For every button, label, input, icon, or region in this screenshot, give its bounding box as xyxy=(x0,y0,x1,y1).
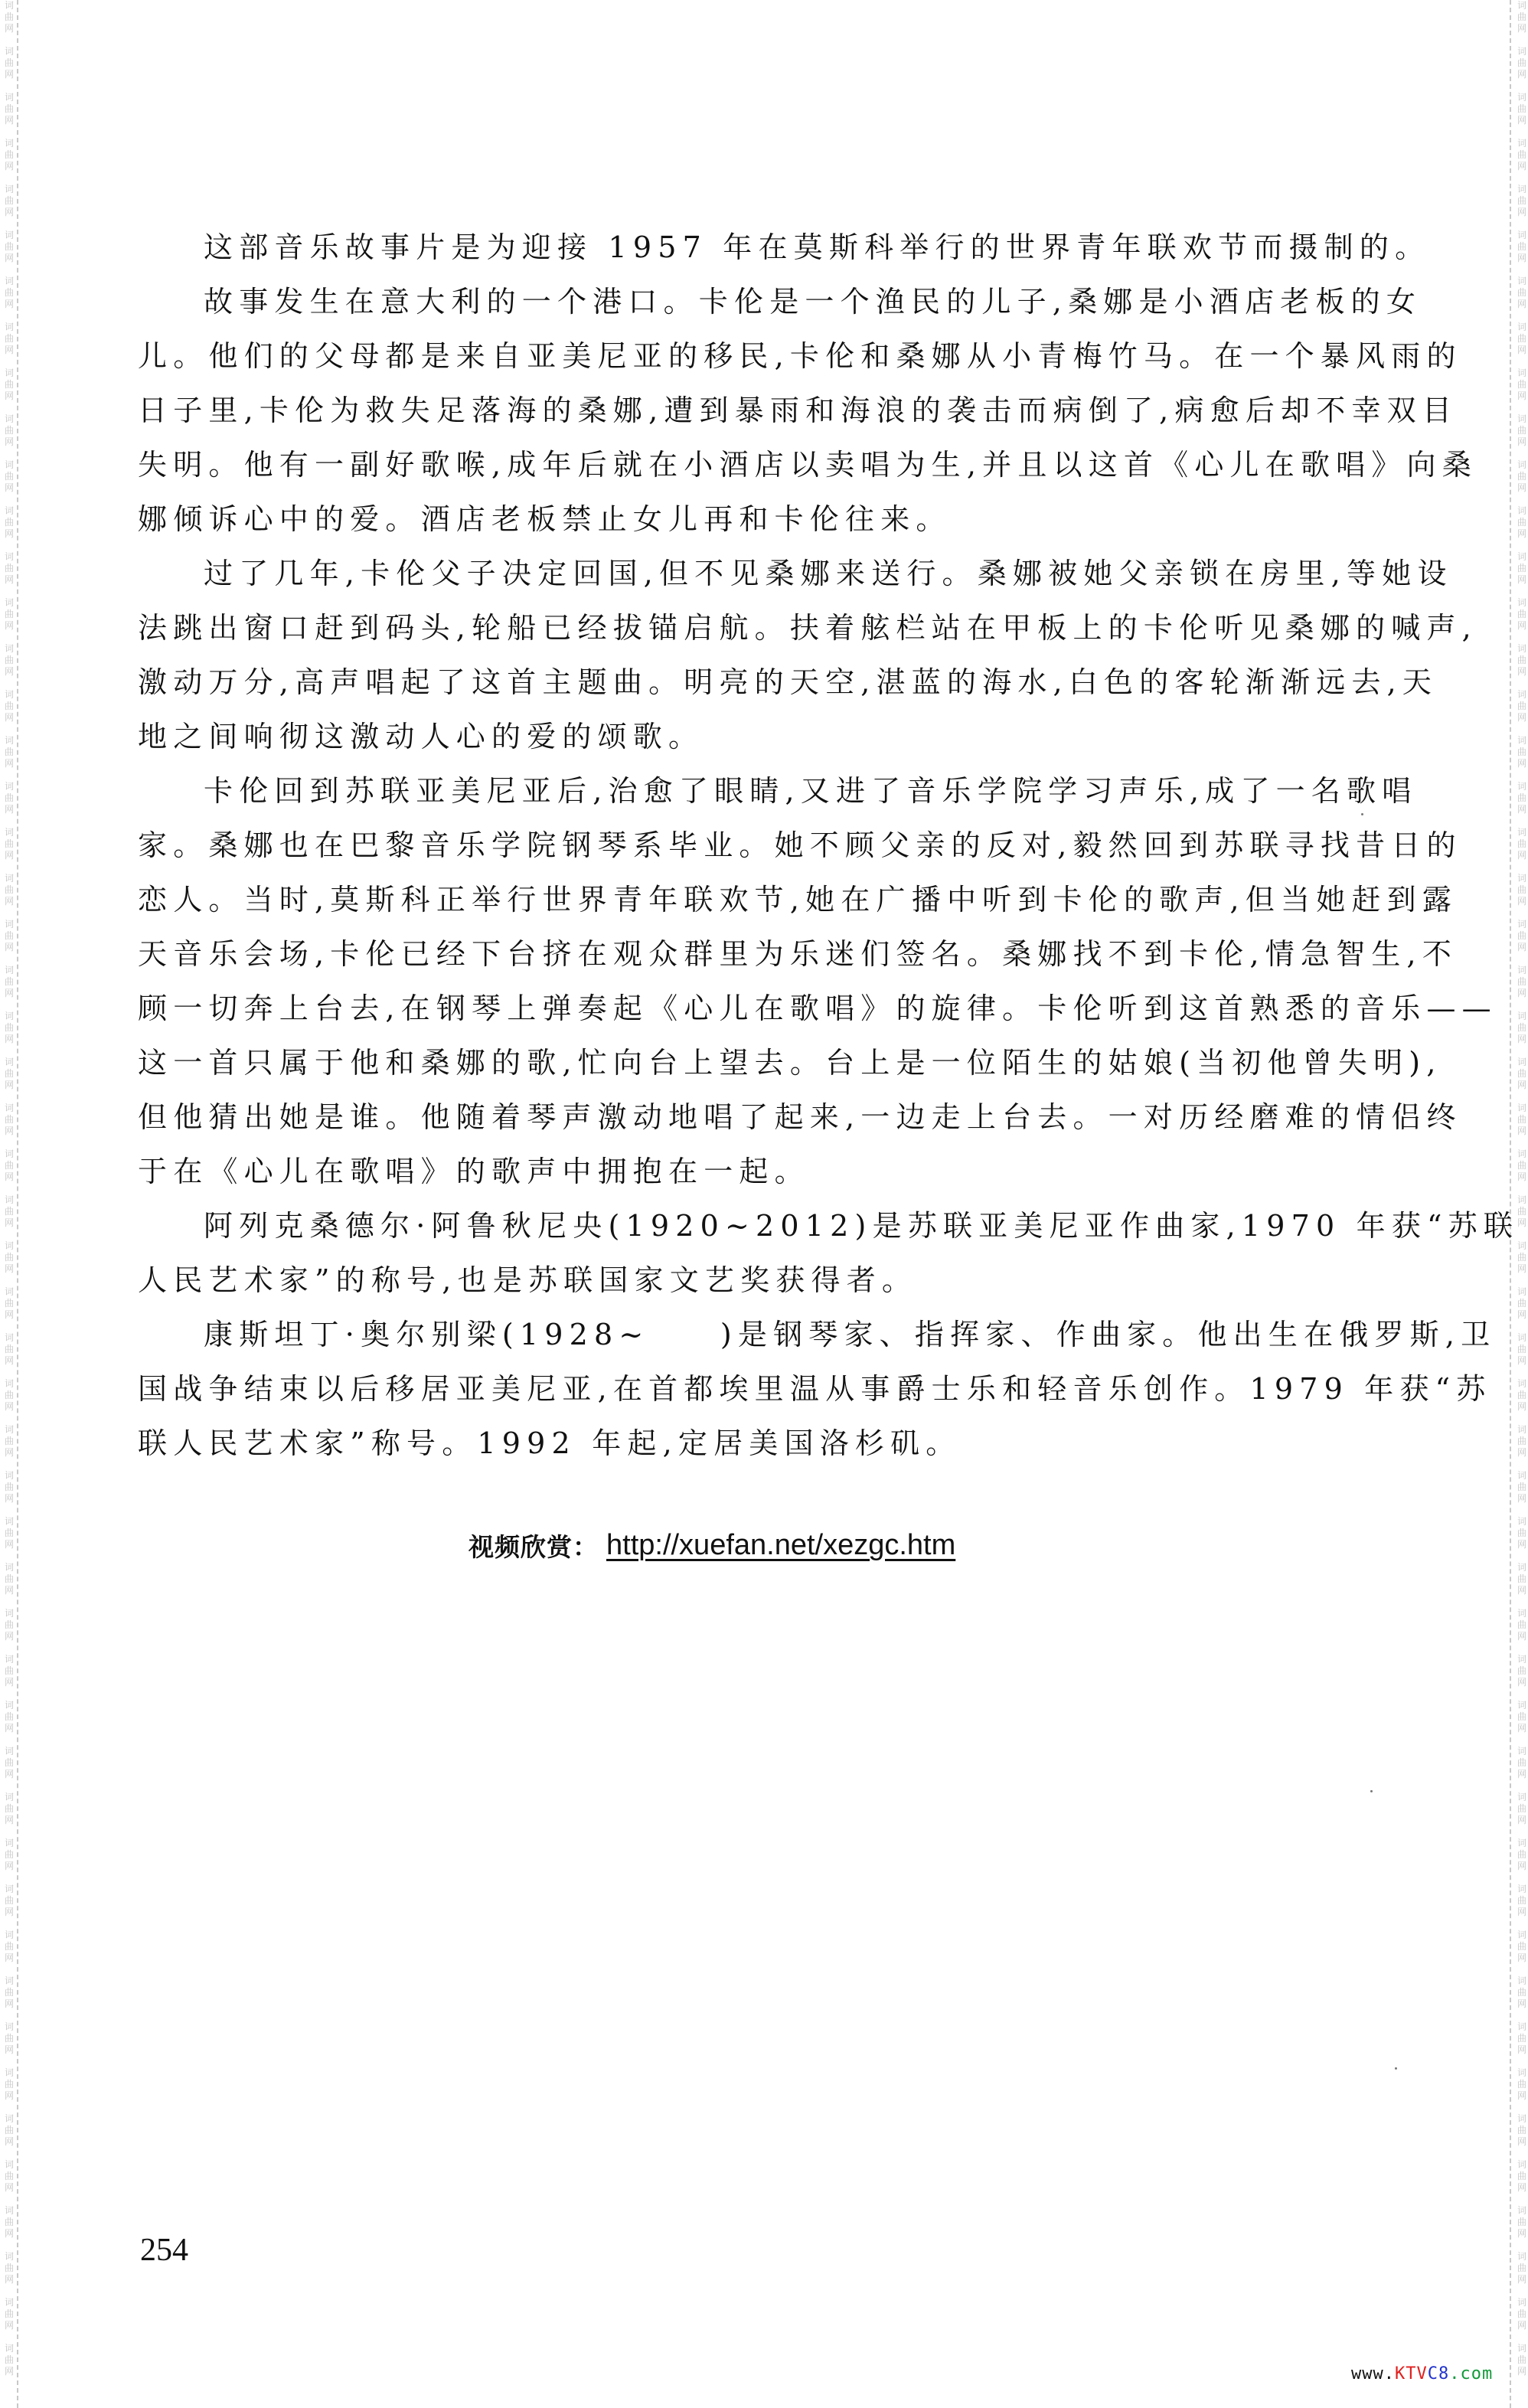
watermark-glyphs: 词 曲 网 xyxy=(1514,965,1528,1011)
watermark-glyphs: 词 曲 网 xyxy=(1514,1103,1528,1148)
watermark-glyphs: 词 曲 网 xyxy=(2,1103,17,1148)
page-number: 254 xyxy=(140,2232,188,2269)
watermark-glyphs: 词 曲 网 xyxy=(2,138,17,184)
watermark-glyphs: 词 曲 网 xyxy=(2,1746,17,1792)
watermark-glyphs: 词 曲 网 xyxy=(2,781,17,827)
body-line: 国战争结束以后移居亚美尼亚,在首都埃里温从事爵士乐和轻音乐创作。1979 年获“… xyxy=(138,1371,1351,1426)
watermark-glyphs: 词 曲 网 xyxy=(2,230,17,276)
watermark-glyphs: 词 曲 网 xyxy=(1514,230,1528,276)
watermark-glyphs: 词 曲 网 xyxy=(1514,919,1528,965)
watermark-glyphs: 词 曲 网 xyxy=(1514,1562,1528,1608)
watermark-glyphs: 词 曲 网 xyxy=(2,1975,17,2021)
body-line: 恋人。当时,莫斯科正举行世界青年联欢节,她在广播中听到卡伦的歌声,但当她赶到露 xyxy=(138,882,1351,936)
body-line: 激动万分,高声唱起了这首主题曲。明亮的天空,湛蓝的海水,白色的客轮渐渐远去,天 xyxy=(138,665,1351,719)
watermark-glyphs: 词 曲 网 xyxy=(1514,1838,1528,1884)
watermark-glyphs: 词 曲 网 xyxy=(2,184,17,230)
watermark-glyphs: 词 曲 网 xyxy=(2,1011,17,1057)
body-line: 儿。他们的父母都是来自亚美尼亚的移民,卡伦和桑娜从小青梅竹马。在一个暴风雨的 xyxy=(138,338,1351,393)
watermark-glyphs: 词 曲 网 xyxy=(1514,781,1528,827)
watermark-glyphs: 词 曲 网 xyxy=(1514,459,1528,505)
body-line: 过了几年,卡伦父子决定回国,但不见桑娜来送行。桑娜被她父亲锁在房里,等她设 xyxy=(138,556,1351,610)
watermark-glyphs: 词 曲 网 xyxy=(2,1838,17,1884)
body-line: 顾一切奔上台去,在钢琴上弹奏起《心儿在歌唱》的旋律。卡伦听到这首熟悉的音乐—— xyxy=(138,991,1351,1045)
watermark-glyphs: 词 曲 网 xyxy=(1514,873,1528,919)
watermark-glyphs: 词 曲 网 xyxy=(1514,1608,1528,1654)
watermark-glyphs: 词 曲 网 xyxy=(1514,1057,1528,1103)
watermark-glyphs: 词 曲 网 xyxy=(1514,1884,1528,1929)
watermark-glyphs: 词 曲 网 xyxy=(2,1057,17,1103)
watermark-glyphs: 词 曲 网 xyxy=(1514,46,1528,92)
watermark-glyphs: 词 曲 网 xyxy=(2,2297,17,2343)
watermark-glyphs: 词 曲 网 xyxy=(1514,2205,1528,2251)
watermark-glyphs: 词 曲 网 xyxy=(1514,276,1528,322)
watermark-glyphs: 词 曲 网 xyxy=(2,1286,17,1332)
body-line: 法跳出窗口赶到码头,轮船已经拔锚启航。扶着舷栏站在甲板上的卡伦听见桑娜的喊声, xyxy=(138,610,1351,665)
watermark-glyphs: 词 曲 网 xyxy=(2,1240,17,1286)
watermark-glyphs: 词 曲 网 xyxy=(1514,1011,1528,1057)
watermark-glyphs: 词 曲 网 xyxy=(2,1378,17,1424)
watermark-glyphs: 词 曲 网 xyxy=(1514,1746,1528,1792)
watermark-glyphs: 词 曲 网 xyxy=(2,322,17,368)
watermark-glyphs: 词 曲 网 xyxy=(1514,551,1528,597)
watermark-glyphs: 词 曲 网 xyxy=(1514,1654,1528,1700)
watermark-glyphs: 词 曲 网 xyxy=(2,459,17,505)
body-line: 卡伦回到苏联亚美尼亚后,治愈了眼睛,又进了音乐学院学习声乐,成了一名歌唱 xyxy=(138,773,1351,828)
watermark-glyphs: 词 曲 网 xyxy=(2,2251,17,2297)
watermark-glyphs: 词 曲 网 xyxy=(2,1470,17,1516)
body-line: 这一首只属于他和桑娜的歌,忙向台上望去。台上是一位陌生的姑娘(当初他曾失明), xyxy=(138,1045,1351,1099)
watermark-glyphs: 词 曲 网 xyxy=(1514,368,1528,413)
body-line: 人民艺术家”的称号,也是苏联国家文艺奖获得者。 xyxy=(138,1263,1351,1317)
watermark-glyphs: 词 曲 网 xyxy=(2,965,17,1011)
body-line: 但他猜出她是谁。他随着琴声激动地唱了起来,一边走上台去。一对历经磨难的情侣终 xyxy=(138,1099,1351,1154)
right-watermark-strip: 词 曲 网词 曲 网词 曲 网词 曲 网词 曲 网词 曲 网词 曲 网词 曲 网… xyxy=(1510,0,1528,2408)
watermark-glyphs: 词 曲 网 xyxy=(1514,2113,1528,2159)
article-body: 这部音乐故事片是为迎接 1957 年在莫斯科举行的世界青年联欢节而摄制的。 故事… xyxy=(138,230,1351,1480)
watermark-glyphs: 词 曲 网 xyxy=(2,1148,17,1194)
watermark-glyphs: 词 曲 网 xyxy=(1514,1929,1528,1975)
video-link-row: 视频欣赏：http://xuefan.net/xezgc.htm xyxy=(469,1527,955,1566)
watermark-glyphs: 词 曲 网 xyxy=(2,368,17,413)
watermark-glyphs: 词 曲 网 xyxy=(1514,643,1528,689)
body-line: 联人民艺术家”称号。1992 年起,定居美国洛杉矶。 xyxy=(138,1426,1351,1480)
watermark-glyphs: 词 曲 网 xyxy=(2,643,17,689)
watermark-glyphs: 词 曲 网 xyxy=(1514,2343,1528,2389)
watermark-glyphs: 词 曲 网 xyxy=(1514,735,1528,781)
watermark-glyphs: 词 曲 网 xyxy=(1514,184,1528,230)
body-line: 阿列克桑德尔·阿鲁秋尼央(1920~2012)是苏联亚美尼亚作曲家,1970 年… xyxy=(138,1208,1351,1263)
watermark-glyphs: 词 曲 网 xyxy=(2,1792,17,1838)
body-line: 日子里,卡伦为救失足落海的桑娜,遭到暴雨和海浪的袭击而病倒了,病愈后却不幸双目 xyxy=(138,393,1351,447)
watermark-c8: C8 xyxy=(1428,2364,1450,2383)
watermark-glyphs: 词 曲 网 xyxy=(1514,1286,1528,1332)
body-line: 于在《心儿在歌唱》的歌声中拥抱在一起。 xyxy=(138,1154,1351,1208)
watermark-glyphs: 词 曲 网 xyxy=(2,2067,17,2113)
watermark-glyphs: 词 曲 网 xyxy=(1514,1792,1528,1838)
watermark-glyphs: 词 曲 网 xyxy=(2,873,17,919)
watermark-glyphs: 词 曲 网 xyxy=(2,2343,17,2389)
watermark-glyphs: 词 曲 网 xyxy=(2,2205,17,2251)
watermark-glyphs: 词 曲 网 xyxy=(2,919,17,965)
watermark-glyphs: 词 曲 网 xyxy=(2,1516,17,1562)
watermark-glyphs: 词 曲 网 xyxy=(1514,1975,1528,2021)
watermark-glyphs: 词 曲 网 xyxy=(2,551,17,597)
watermark-glyphs: 词 曲 网 xyxy=(2,1194,17,1240)
watermark-glyphs: 词 曲 网 xyxy=(1514,322,1528,368)
watermark-glyphs: 词 曲 网 xyxy=(1514,597,1528,643)
body-line: 家。桑娜也在巴黎音乐学院钢琴系毕业。她不顾父亲的反对,毅然回到苏联寻找昔日的 xyxy=(138,828,1351,882)
video-label: 视频欣赏： xyxy=(469,1532,599,1562)
scan-speck xyxy=(1361,813,1363,815)
watermark-glyphs: 词 曲 网 xyxy=(2,276,17,322)
watermark-glyphs: 词 曲 网 xyxy=(2,1654,17,1700)
watermark-glyphs: 词 曲 网 xyxy=(2,1700,17,1746)
watermark-glyphs: 词 曲 网 xyxy=(2,1424,17,1470)
watermark-glyphs: 词 曲 网 xyxy=(2,1562,17,1608)
watermark-glyphs: 词 曲 网 xyxy=(1514,413,1528,459)
watermark-glyphs: 词 曲 网 xyxy=(1514,92,1528,138)
left-watermark-strip: 词 曲 网词 曲 网词 曲 网词 曲 网词 曲 网词 曲 网词 曲 网词 曲 网… xyxy=(0,0,18,2408)
body-line: 失明。他有一副好歌喉,成年后就在小酒店以卖唱为生,并且以这首《心儿在歌唱》向桑 xyxy=(138,447,1351,502)
watermark-glyphs: 词 曲 网 xyxy=(1514,1378,1528,1424)
body-line: 这部音乐故事片是为迎接 1957 年在莫斯科举行的世界青年联欢节而摄制的。 xyxy=(138,230,1351,284)
watermark-glyphs: 词 曲 网 xyxy=(1514,1700,1528,1746)
watermark-glyphs: 词 曲 网 xyxy=(2,0,17,46)
watermark-glyphs: 词 曲 网 xyxy=(1514,1516,1528,1562)
watermark-ktv: KTV xyxy=(1395,2364,1428,2383)
body-line: 地之间响彻这激动人心的爱的颂歌。 xyxy=(138,719,1351,773)
watermark-glyphs: 词 曲 网 xyxy=(2,46,17,92)
watermark-glyphs: 词 曲 网 xyxy=(1514,1332,1528,1378)
watermark-glyphs: 词 曲 网 xyxy=(1514,2297,1528,2343)
watermark-glyphs: 词 曲 网 xyxy=(1514,0,1528,46)
watermark-glyphs: 词 曲 网 xyxy=(1514,689,1528,735)
watermark-glyphs: 词 曲 网 xyxy=(1514,2251,1528,2297)
watermark-glyphs: 词 曲 网 xyxy=(2,1332,17,1378)
scan-speck xyxy=(1395,2067,1397,2070)
watermark-glyphs: 词 曲 网 xyxy=(1514,505,1528,551)
watermark-glyphs: 词 曲 网 xyxy=(2,597,17,643)
watermark-glyphs: 词 曲 网 xyxy=(1514,2067,1528,2113)
watermark-glyphs: 词 曲 网 xyxy=(2,827,17,873)
site-watermark: www.KTVC8.com xyxy=(1351,2364,1493,2383)
watermark-glyphs: 词 曲 网 xyxy=(2,735,17,781)
watermark-glyphs: 词 曲 网 xyxy=(2,413,17,459)
watermark-glyphs: 词 曲 网 xyxy=(1514,2159,1528,2205)
watermark-www: www. xyxy=(1351,2364,1395,2383)
watermark-glyphs: 词 曲 网 xyxy=(1514,1424,1528,1470)
body-line: 天音乐会场,卡伦已经下台挤在观众群里为乐迷们签名。桑娜找不到卡伦,情急智生,不 xyxy=(138,936,1351,991)
scan-speck xyxy=(1370,1790,1373,1792)
body-line: 娜倾诉心中的爱。酒店老板禁止女儿再和卡伦往来。 xyxy=(138,502,1351,556)
watermark-glyphs: 词 曲 网 xyxy=(2,2159,17,2205)
watermark-glyphs: 词 曲 网 xyxy=(1514,1240,1528,1286)
watermark-glyphs: 词 曲 网 xyxy=(2,1929,17,1975)
watermark-glyphs: 词 曲 网 xyxy=(1514,1148,1528,1194)
video-url-link[interactable]: http://xuefan.net/xezgc.htm xyxy=(606,1529,955,1561)
watermark-glyphs: 词 曲 网 xyxy=(2,2113,17,2159)
watermark-glyphs: 词 曲 网 xyxy=(2,1884,17,1929)
watermark-glyphs: 词 曲 网 xyxy=(2,92,17,138)
watermark-glyphs: 词 曲 网 xyxy=(1514,1470,1528,1516)
watermark-com: .com xyxy=(1449,2364,1493,2383)
body-line: 康斯坦丁·奥尔别梁(1928~ )是钢琴家、指挥家、作曲家。他出生在俄罗斯,卫 xyxy=(138,1317,1351,1371)
watermark-glyphs: 词 曲 网 xyxy=(2,2021,17,2067)
body-line: 故事发生在意大利的一个港口。卡伦是一个渔民的儿子,桑娜是小酒店老板的女 xyxy=(138,284,1351,338)
watermark-glyphs: 词 曲 网 xyxy=(2,1608,17,1654)
watermark-glyphs: 词 曲 网 xyxy=(1514,827,1528,873)
watermark-glyphs: 词 曲 网 xyxy=(2,505,17,551)
watermark-glyphs: 词 曲 网 xyxy=(1514,2021,1528,2067)
watermark-glyphs: 词 曲 网 xyxy=(2,689,17,735)
watermark-glyphs: 词 曲 网 xyxy=(1514,138,1528,184)
